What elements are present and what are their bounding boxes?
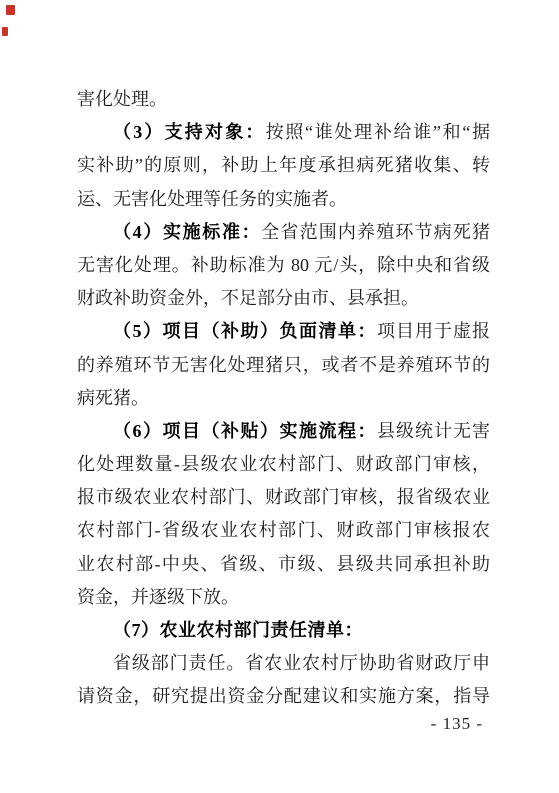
line-regular-text: 运、无害化处理等任务的实施者。 — [77, 189, 347, 209]
line-regular-text: 省级部门责任。省农业农村厅协助省财政厅申 — [113, 653, 490, 673]
text-line: 资金，并逐级下放。 — [77, 581, 490, 614]
text-line: 报市级农业农村部门、财政部门审核，报省级农业 — [77, 481, 490, 514]
text-line: （5）项目（补助）负面清单：项目用于虚报 — [77, 315, 490, 348]
red-artifact-mark — [2, 27, 8, 36]
line-regular-text: 无害化处理。补助标准为 80 元/头，除中央和省级 — [77, 255, 490, 275]
line-regular-text: 项目用于虚报 — [377, 321, 490, 341]
line-regular-text: 县级统计无害 — [377, 421, 490, 441]
line-bold-text: （4）实施标准： — [113, 222, 261, 242]
line-regular-text: 资金，并逐级下放。 — [77, 587, 239, 607]
text-line: 业农村部-中央、省级、市级、县级共同承担补助 — [77, 548, 490, 581]
text-line: 害化处理。 — [77, 83, 490, 116]
line-regular-text: 全省范围内养殖环节病死猪 — [261, 222, 490, 242]
line-regular-text: 请资金，研究提出资金分配建议和实施方案，指导 — [77, 686, 490, 706]
page-number: - 135 - — [431, 714, 483, 734]
line-regular-text: 按照“谁处理补给谁”和“据 — [266, 122, 490, 142]
line-regular-text: 的养殖环节无害化处理猪只，或者不是养殖环节的 — [77, 355, 490, 375]
line-bold-text: （6）项目（补贴）实施流程： — [113, 421, 377, 441]
text-line: （7）农业农村部门责任清单： — [77, 614, 490, 647]
line-regular-text: 害化处理。 — [77, 89, 167, 109]
line-bold-text: （3）支持对象： — [113, 122, 266, 142]
line-regular-text: 化处理数量-县级农业农村部门、财政部门审核， — [77, 454, 490, 474]
text-line: 农村部门-省级农业农村部门、财政部门审核报农 — [77, 514, 490, 547]
line-bold-text: （7）农业农村部门责任清单： — [113, 620, 363, 640]
text-line: 无害化处理。补助标准为 80 元/头，除中央和省级 — [77, 249, 490, 282]
text-line: 化处理数量-县级农业农村部门、财政部门审核， — [77, 448, 490, 481]
text-line: 实补助”的原则，补助上年度承担病死猪收集、转 — [77, 149, 490, 182]
line-bold-text: （5）项目（补助）负面清单： — [113, 321, 377, 341]
text-line: 请资金，研究提出资金分配建议和实施方案，指导 — [77, 680, 490, 713]
text-line: 财政补助资金外，不足部分由市、县承担。 — [77, 282, 490, 315]
document-page: 害化处理。 （3）支持对象：按照“谁处理补给谁”和“据 实补助”的原则，补助上年… — [0, 0, 559, 793]
red-artifact-mark — [6, 5, 15, 15]
text-line: 省级部门责任。省农业农村厅协助省财政厅申 — [77, 647, 490, 680]
text-line: 的养殖环节无害化处理猪只，或者不是养殖环节的 — [77, 349, 490, 382]
text-line: （4）实施标准：全省范围内养殖环节病死猪 — [77, 216, 490, 249]
line-regular-text: 财政补助资金外，不足部分由市、县承担。 — [77, 288, 419, 308]
text-line: 运、无害化处理等任务的实施者。 — [77, 183, 490, 216]
line-regular-text: 实补助”的原则，补助上年度承担病死猪收集、转 — [77, 155, 490, 175]
line-regular-text: 农村部门-省级农业农村部门、财政部门审核报农 — [77, 520, 490, 540]
line-regular-text: 业农村部-中央、省级、市级、县级共同承担补助 — [77, 554, 490, 574]
text-line: 病死猪。 — [77, 382, 490, 415]
line-regular-text: 报市级农业农村部门、财政部门审核，报省级农业 — [77, 487, 490, 507]
text-line: （6）项目（补贴）实施流程：县级统计无害 — [77, 415, 490, 448]
document-body: 害化处理。 （3）支持对象：按照“谁处理补给谁”和“据 实补助”的原则，补助上年… — [77, 83, 490, 714]
line-regular-text: 病死猪。 — [77, 388, 149, 408]
text-line: （3）支持对象：按照“谁处理补给谁”和“据 — [77, 116, 490, 149]
